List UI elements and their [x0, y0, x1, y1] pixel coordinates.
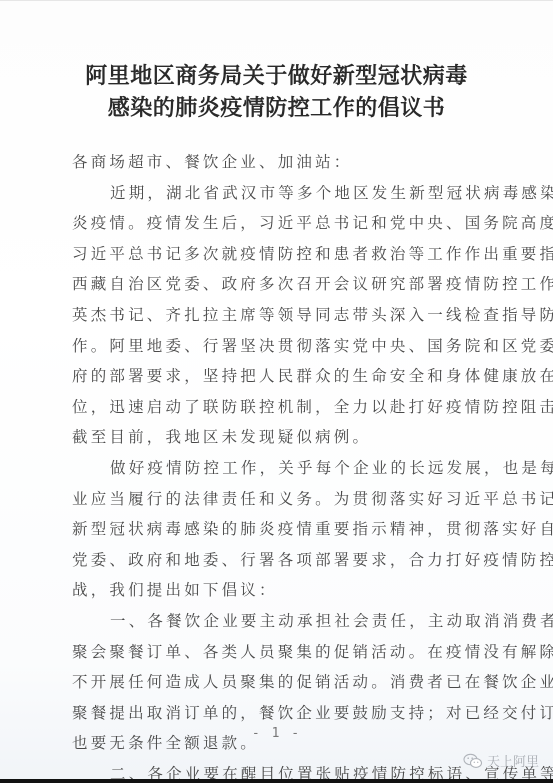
paragraph-line: 聚餐提出取消订单的，餐饮企业要鼓励支持；对已经交付订金的， — [72, 698, 488, 729]
page-number: - 1 - — [0, 726, 553, 741]
paragraph-line: 一、各餐饮企业要主动承担社会责任，主动取消消费者各类 — [72, 606, 488, 637]
paragraph-line: 府的部署要求，坚持把人民群众的生命安全和身体健康放在第一 — [72, 361, 488, 392]
salutation: 各商场超市、餐饮企业、加油站： — [72, 147, 488, 178]
document-title-line-1: 阿里地区商务局关于做好新型冠状病毒 — [0, 59, 553, 93]
paragraph-line: 业应当履行的法律责任和义务。为贯彻落实好习近平总书记关于 — [72, 484, 488, 515]
document-page: 阿里地区商务局关于做好新型冠状病毒 感染的肺炎疫情防控工作的倡议书 各商场超市、… — [0, 0, 553, 780]
wechat-icon — [463, 753, 483, 769]
paragraph-line: 位，迅速启动了联防联控机制，全力以赴打好疫情防控阻击战。 — [72, 392, 488, 423]
paragraph-line: 新型冠状病毒感染的肺炎疫情重要指示精神，贯彻落实好自治区 — [72, 514, 488, 545]
paragraph-line: 截至目前，我地区未发现疑似病例。 — [72, 422, 488, 453]
paragraph-line: 做好疫情防控工作，关乎每个企业的长远发展，也是每个企 — [72, 453, 488, 484]
document-title-line-2: 感染的肺炎疫情防控工作的倡议书 — [0, 91, 553, 125]
paragraph-line: 战，我们提出如下倡议： — [72, 575, 488, 606]
watermark: 天上阿里 — [463, 751, 539, 770]
paragraph-line: 作。阿里地委、行署坚决贯彻落实党中央、国务院和区党委、政 — [72, 331, 488, 362]
paragraph-line: 炎疫情。疫情发生后，习近平总书记和党中央、国务院高度重视， — [72, 208, 488, 239]
paragraph-line: 党委、政府和地委、行署各项部署要求，合力打好疫情防控攻坚 — [72, 545, 488, 576]
paragraph-line: 西藏自治区党委、政府多次召开会议研究部署疫情防控工作，吴 — [72, 269, 488, 300]
paragraph-line: 不开展任何造成人员聚集的促销活动。消费者已在餐饮企业预订 — [72, 667, 488, 698]
bottom-border — [0, 779, 553, 783]
paragraph-line: 英杰书记、齐扎拉主席等领导同志带头深入一线检查指导防控工 — [72, 300, 488, 331]
paragraph-line: 近期，湖北省武汉市等多个地区发生新型冠状病毒感染的肺 — [72, 178, 488, 209]
document-body: 各商场超市、餐饮企业、加油站： 近期，湖北省武汉市等多个地区发生新型冠状病毒感染… — [72, 147, 488, 783]
paragraph-line: 习近平总书记多次就疫情防控和患者救治等工作作出重要指示。 — [72, 239, 488, 270]
watermark-label: 天上阿里 — [487, 751, 539, 770]
paragraph-line: 聚会聚餐订单、各类人员聚集的促销活动。在疫情没有解除前， — [72, 637, 488, 668]
